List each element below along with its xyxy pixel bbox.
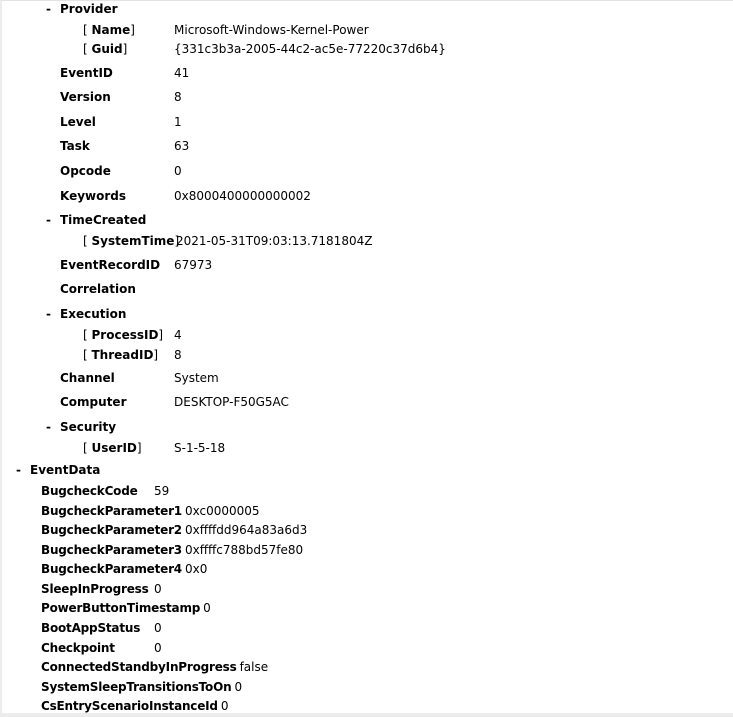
eventdata-item-name: SystemSleepTransitionsToOn: [41, 679, 234, 696]
field-keywords-value: 0x8000400000000002: [174, 188, 311, 205]
eventdata-item: ConnectedStandbyInProgressfalse: [41, 659, 268, 676]
security-collapse-toggle[interactable]: -: [46, 419, 51, 436]
open-bracket: [: [83, 234, 92, 248]
eventdata-item: CsEntryScenarioInstanceId0: [41, 698, 228, 715]
field-task-label: Task: [60, 138, 90, 155]
eventdata-item: BugcheckParameter40x0: [41, 561, 207, 578]
eventdata-item-value: false: [240, 659, 269, 676]
eventdata-item: SystemSleepTransitionsToOn0: [41, 679, 242, 696]
eventdata-item-value: 0: [154, 640, 162, 657]
eventdata-item-name: BugcheckParameter2: [41, 522, 185, 539]
eventdata-label: EventData: [30, 462, 100, 479]
eventdata-item-value: 0xc0000005: [185, 503, 260, 520]
open-bracket: [: [83, 441, 92, 455]
eventdata-item-name: CsEntryScenarioInstanceId: [41, 698, 221, 715]
event-xml-view: - Provider [ Name] Microsoft-Windows-Ker…: [0, 0, 733, 717]
eventdata-item-value: 0: [154, 581, 162, 598]
close-bracket: ]: [137, 441, 142, 455]
timecreated-collapse-toggle[interactable]: -: [46, 212, 51, 229]
eventdata-item: Checkpoint0: [41, 640, 162, 657]
eventdata-item-name: BugcheckCode: [41, 483, 154, 500]
attr-name: ProcessID: [92, 328, 159, 342]
eventdata-item: PowerButtonTimestamp0: [41, 600, 211, 617]
security-label: Security: [60, 419, 116, 436]
close-bracket: ]: [123, 42, 128, 56]
open-bracket: [: [83, 42, 92, 56]
eventdata-item-value: 59: [154, 483, 169, 500]
eventdata-item-value: 0: [154, 620, 162, 637]
provider-guid-attr: [ Guid]: [83, 41, 127, 58]
eventdata-item-name: Checkpoint: [41, 640, 154, 657]
eventdata-item-value: 0: [221, 698, 229, 715]
eventdata-item: BugcheckParameter30xffffc788bd57fe80: [41, 542, 303, 559]
execution-label: Execution: [60, 306, 126, 323]
eventdata-item-name: PowerButtonTimestamp: [41, 600, 203, 617]
processid-value: 4: [174, 327, 182, 344]
eventdata-item: BugcheckCode59: [41, 483, 169, 500]
field-computer-value: DESKTOP-F50G5AC: [174, 394, 289, 411]
field-level-value: 1: [174, 114, 182, 131]
field-correlation-label: Correlation: [60, 281, 136, 298]
attr-name: Guid: [92, 42, 123, 56]
field-eventid-value: 41: [174, 65, 189, 82]
field-keywords-label: Keywords: [60, 188, 126, 205]
eventdata-item-name: BootAppStatus: [41, 620, 154, 637]
eventdata-item-value: 0: [234, 679, 242, 696]
eventdata-item: BugcheckParameter10xc0000005: [41, 503, 260, 520]
eventdata-item-name: BugcheckParameter1: [41, 503, 185, 520]
execution-collapse-toggle[interactable]: -: [46, 306, 51, 323]
attr-name: Name: [92, 23, 131, 37]
field-eventid-label: EventID: [60, 65, 113, 82]
field-version-value: 8: [174, 89, 182, 106]
open-bracket: [: [83, 328, 92, 342]
field-task-value: 63: [174, 138, 189, 155]
field-opcode-value: 0: [174, 163, 182, 180]
attr-name: SystemTime: [92, 234, 175, 248]
userid-attr: [ UserID]: [83, 440, 142, 457]
field-eventrecordid-label: EventRecordID: [60, 257, 160, 274]
provider-name-attr: [ Name]: [83, 22, 135, 39]
provider-name-value: Microsoft-Windows-Kernel-Power: [174, 22, 369, 39]
eventdata-item-name: BugcheckParameter4: [41, 561, 185, 578]
field-eventrecordid-value: 67973: [174, 257, 212, 274]
systemtime-attr: [ SystemTime]: [83, 233, 179, 250]
eventdata-item-value: 0xffffc788bd57fe80: [185, 542, 303, 559]
field-computer-label: Computer: [60, 394, 126, 411]
eventdata-item: BootAppStatus0: [41, 620, 162, 637]
field-version-label: Version: [60, 89, 111, 106]
systemtime-value: 2021-05-31T09:03:13.7181804Z: [176, 233, 372, 250]
eventdata-item-name: ConnectedStandbyInProgress: [41, 659, 240, 676]
threadid-attr: [ ThreadID]: [83, 347, 158, 364]
provider-guid-value: {331c3b3a-2005-44c2-ac5e-77220c37d6b4}: [174, 41, 446, 58]
eventdata-item-value: 0xffffdd964a83a6d3: [185, 522, 307, 539]
field-level-label: Level: [60, 114, 96, 131]
field-channel-value: System: [174, 370, 219, 387]
open-bracket: [: [83, 23, 92, 37]
eventdata-item: SleepInProgress0: [41, 581, 162, 598]
userid-value: S-1-5-18: [174, 440, 225, 457]
threadid-value: 8: [174, 347, 182, 364]
eventdata-item-value: 0: [203, 600, 211, 617]
eventdata-collapse-toggle[interactable]: -: [16, 462, 21, 479]
open-bracket: [: [83, 348, 92, 362]
eventdata-item-name: BugcheckParameter3: [41, 542, 185, 559]
close-bracket: ]: [158, 328, 163, 342]
attr-name: UserID: [92, 441, 137, 455]
close-bracket: ]: [153, 348, 158, 362]
field-channel-label: Channel: [60, 370, 115, 387]
timecreated-label: TimeCreated: [60, 212, 146, 229]
provider-label: Provider: [60, 1, 118, 18]
eventdata-item: BugcheckParameter20xffffdd964a83a6d3: [41, 522, 307, 539]
close-bracket: ]: [130, 23, 135, 37]
processid-attr: [ ProcessID]: [83, 327, 163, 344]
field-opcode-label: Opcode: [60, 163, 111, 180]
provider-collapse-toggle[interactable]: -: [46, 1, 51, 18]
attr-name: ThreadID: [92, 348, 154, 362]
eventdata-item-value: 0x0: [185, 561, 207, 578]
eventdata-item-name: SleepInProgress: [41, 581, 154, 598]
